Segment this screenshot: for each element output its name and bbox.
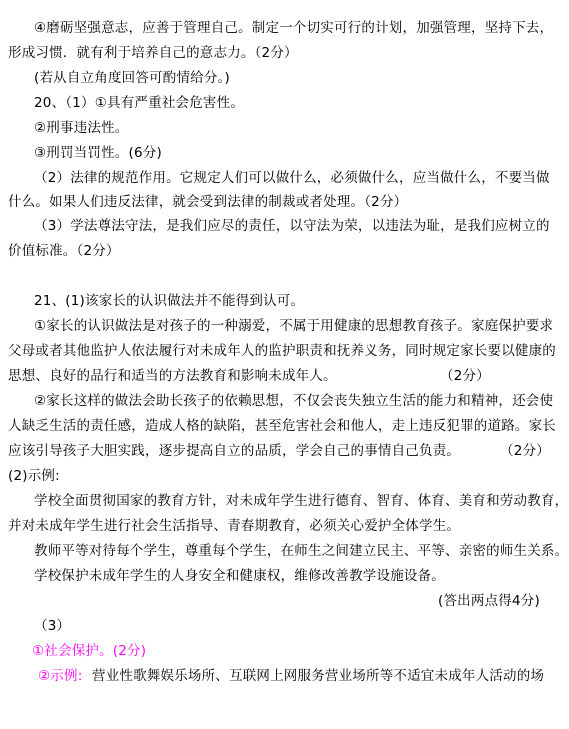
text-line: 应该引导孩子大胆实践，逐步提高自立的品质，学会自己的事情自己负责。 bbox=[8, 443, 460, 459]
text-line: 学校保护未成年学生的人身安全和健康权，维修改善教学设施设备。 bbox=[34, 568, 445, 584]
text-line: ②刑事违法性。 bbox=[34, 120, 129, 136]
text-line: （2）法律的规范作用。它规定人们可以做什么，必须做什么，应当做什么，不要当做 bbox=[34, 170, 550, 186]
text-line: 什么。如果人们违反法律，就会受到法律的制裁或者处理。（2分） bbox=[8, 194, 407, 210]
text-line: (若从自立角度回答可酌情给分。) bbox=[34, 70, 230, 86]
text-line: 人缺乏生活的责任感，造成人格的缺陷，甚至危害社会和他人，走上违反犯罪的道路。家长 bbox=[8, 418, 556, 434]
text-line: (答出两点得4分) bbox=[438, 593, 540, 609]
text-line: ②家长这样的做法会助长孩子的依赖思想，不仅会丧失独立生活的能力和精神，还会使 bbox=[34, 393, 553, 409]
text-line: 父母或者其他监护人依法履行对未成年人的监护职责和抚养义务，同时规定家长要以健康的 bbox=[8, 343, 556, 359]
text-line: 并对未成年学生进行社会生活指导、青春期教育，必须关心爱护全体学生。 bbox=[8, 518, 460, 534]
text-line: （2分） bbox=[440, 368, 490, 384]
text-line: 21、(1)该家长的认识做法并不能得到认可。 bbox=[34, 293, 304, 309]
example-text: 营业性歌舞娱乐场所、互联网上网服务营业场所等不适宜未成年人活动的场 bbox=[92, 668, 544, 684]
text-line: 教师平等对待每个学生，尊重每个学生，在师生之间建立民主、平等、亲密的师生关系。 bbox=[34, 543, 568, 559]
text-line: (2)示例: bbox=[8, 468, 60, 484]
text-line: ①家长的认识做法是对孩子的一种溺爱，不属于用健康的思想教育孩子。家庭保护要求 bbox=[34, 318, 553, 334]
text-line: ④磨砺坚强意志，应善于管理自己。制定一个切实可行的计划，加强管理，坚持下去， bbox=[34, 20, 553, 36]
text-line: 价值标准。（2分） bbox=[8, 243, 120, 259]
text-line: （3） bbox=[34, 618, 70, 634]
text-line: 形成习惯．就有利于培养自己的意志力。（2分） bbox=[8, 45, 298, 61]
text-line: 20、（1）①具有严重社会危害性。 bbox=[34, 95, 244, 111]
text-line: ③刑罚当罚性。(6分) bbox=[34, 145, 162, 161]
text-line: 思想、良好的品行和适当的方法教育和影响未成年人。 bbox=[8, 368, 337, 384]
text-line: （2分） bbox=[500, 443, 550, 459]
text-line: 学校全面贯彻国家的教育方针，对未成年学生进行德育、智育、体育、美育和劳动教育， bbox=[34, 493, 568, 509]
answer-social-protection: ①社会保护。(2分) bbox=[32, 643, 146, 659]
text-line: （3）学法尊法守法，是我们应尽的责任，以守法为荣，以违法为耻，是我们应树立的 bbox=[34, 218, 550, 234]
example-label: ②示例: bbox=[38, 668, 82, 684]
